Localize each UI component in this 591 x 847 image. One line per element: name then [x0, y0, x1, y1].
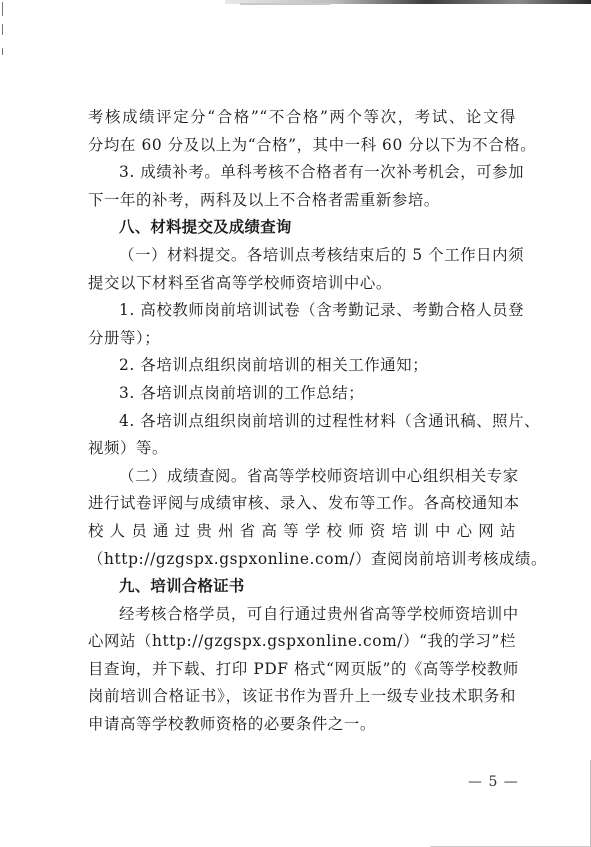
- paragraph-line: 分均在 60 分及以上为“合格”，其中一科 60 分以下为不合格。: [88, 132, 516, 160]
- section-heading-certificate: 九、培训合格证书: [88, 573, 516, 601]
- paragraph-line-url: （http://gzgspx.gspxonline.com/）查阅岗前培训考核成…: [88, 546, 516, 574]
- paragraph-line: （二）成绩查阅。省高等学校师资培训中心组织相关专家: [88, 463, 516, 491]
- section-heading-materials: 八、材料提交及成绩查询: [88, 214, 516, 242]
- list-item-line: 2. 各培训点组织岗前培训的相关工作通知；: [88, 352, 516, 380]
- paragraph-line: 申请高等学校教师资格的必要条件之一。: [88, 711, 516, 739]
- binding-margin-mark: [2, 2, 3, 16]
- list-item-line: 4. 各培训点组织岗前培训的过程性材料（含通讯稿、照片、: [88, 408, 516, 436]
- paragraph-line: 3. 成绩补考。单科考核不合格者有一次补考机会，可参加: [88, 159, 516, 187]
- paragraph-line: 考核成绩评定分“合格”“不合格”两个等次，考试、论文得: [88, 104, 516, 132]
- list-item-line: 视频）等。: [88, 435, 516, 463]
- document-body: 考核成绩评定分“合格”“不合格”两个等次，考试、论文得 分均在 60 分及以上为…: [88, 104, 516, 739]
- paragraph-line: 提交以下材料至省高等学校师资培训中心。: [88, 270, 516, 298]
- binding-margin-mark: [2, 24, 3, 35]
- list-item-line: 分册等）；: [88, 325, 516, 353]
- list-item-line: 1. 高校教师岗前培训试卷（含考勤记录、考勤合格人员登: [88, 297, 516, 325]
- paragraph-line: 校人员通过贵州省高等学校师资培训中心网站: [88, 518, 516, 546]
- binding-margin-mark: [2, 48, 3, 55]
- paragraph-line: 目查询，并下载、打印 PDF 格式“网页版”的《高等学校教师: [88, 656, 516, 684]
- list-item-line: 3. 各培训点岗前培训的工作总结；: [88, 380, 516, 408]
- scan-edge-artifact-secondary: [240, 3, 330, 5]
- paragraph-line-url: 心网站（http://gzgspx.gspxonline.com/）“我的学习”…: [88, 628, 516, 656]
- paragraph-line: 下一年的补考，两科及以上不合格者需重新参培。: [88, 187, 516, 215]
- page-number: — 5 —: [468, 774, 519, 790]
- paragraph-line: 岗前培训合格证书》，该证书作为晋升上一级专业技术职务和: [88, 683, 516, 711]
- paragraph-line: （一）材料提交。各培训点考核结束后的 5 个工作日内须: [88, 242, 516, 270]
- paragraph-line: 进行试卷评阅与成绩审核、录入、发布等工作。各高校通知本: [88, 490, 516, 518]
- paragraph-line: 经考核合格学员，可自行通过贵州省高等学校师资培训中: [88, 601, 516, 629]
